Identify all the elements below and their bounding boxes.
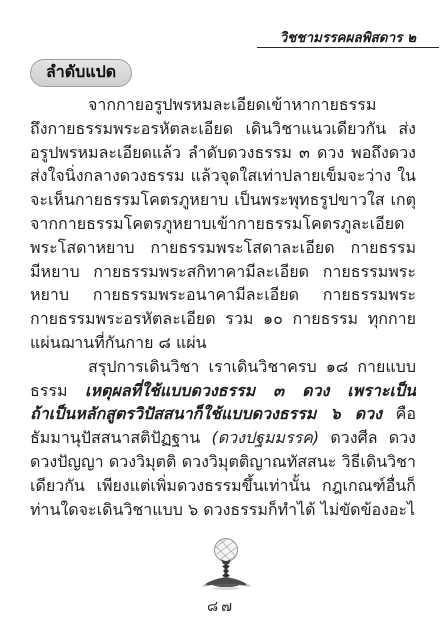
- text-line: เดียวกัน เพียงแต่เพิ่มดวงธรรมขึ้นเท่านั้…: [30, 474, 416, 498]
- book-page: วิชชามรรคผลพิสดาร ๒ ลำดับแปด จากกายอรูปพ…: [0, 0, 442, 640]
- text-segment: มีหยาบ กายธรรมพระสกิทาคามีละเอียด กายธรร…: [30, 262, 416, 284]
- text-segment: จากกายธรรมโคตรภูหยาบเข้ากายธรรมโคตรภูละเ…: [30, 214, 405, 236]
- body-text: จากกายอรูปพรหมละเอียดเข้าหากายธรรมโคตรภู…: [30, 93, 416, 521]
- paragraph: จากกายอรูปพรหมละเอียดเข้าหากายธรรมโคตรภู…: [30, 93, 416, 355]
- text-line: ท่านใดจะเดินวิชาแบบ ๖ ดวงธรรมก็ทำได้ ไม่…: [30, 498, 416, 522]
- text-segment: (ดวงปฐมมรรค): [211, 428, 319, 447]
- text-segment: ส่งใจนิ่งกลางดวงธรรม แล้วจุดใสเท่าปลายเข…: [30, 166, 416, 188]
- text-line: จะเห็นกายธรรมโคตรภูหยาบ เป็นพระพุทธรูปขา…: [30, 188, 416, 212]
- text-segment: เหตุผลที่ใช้แบบดวงธรรม ๓ ดวง เพราะเป็นหล…: [30, 381, 416, 403]
- text-segment: แผ่นฌานที่กันกาย ๘ แผ่น: [30, 333, 207, 352]
- text-segment: ธัมมานุปัสสนาสติปัฏฐาน: [30, 428, 211, 447]
- page-header-title: วิชชามรรคผลพิสดาร ๒: [280, 26, 416, 48]
- paragraph: สรุปการเดินวิชา เราเดินวิชาครบ ๑๘ กายแบบ…: [30, 355, 416, 522]
- text-segment: หยาบ กายธรรมพระอนาคามีละเอียด กายธรรมพระ…: [30, 285, 416, 307]
- text-segment: สรุปการเดินวิชา เราเดินวิชาครบ ๑๘ กายแบบ…: [88, 357, 416, 379]
- text-line: แผ่นฌานที่กันกาย ๘ แผ่น: [30, 331, 416, 355]
- text-segment: เดียวกัน เพียงแต่เพิ่มดวงธรรมขึ้นเท่านั้…: [30, 476, 416, 498]
- text-line: ดวงปัญญา ดวงวิมุตติ ดวงวิมุตติญาณทัสสนะ …: [30, 450, 416, 474]
- text-segment: จากกายอรูปพรหมละเอียดเข้าหากายธรรมโคตรภู…: [88, 95, 416, 117]
- text-segment: อรูปพรหมละเอียดแล้ว ลำดับดวงธรรม ๓ ดวง พ…: [30, 143, 416, 165]
- text-line: จากกายธรรมโคตรภูหยาบเข้ากายธรรมโคตรภูละเ…: [30, 212, 416, 236]
- text-line: กายธรรมพระอรหัตละเอียด รวม ๑๐ กายธรรม ทุ…: [30, 307, 416, 331]
- text-segment: ท่านใดจะเดินวิชาแบบ ๖ ดวงธรรมก็ทำได้ ไม่…: [30, 500, 416, 519]
- text-segment: ธรรม: [30, 381, 85, 400]
- text-line: สรุปการเดินวิชา เราเดินวิชาครบ ๑๘ กายแบบ…: [30, 355, 416, 379]
- text-line: ธรรม เหตุผลที่ใช้แบบดวงธรรม ๓ ดวง เพราะเ…: [30, 379, 416, 403]
- text-line: ถึงกายธรรมพระอรหัตละเอียด เดินวิชาแนวเดี…: [30, 117, 416, 141]
- text-segment: ถึงกายธรรมพระอรหัตละเอียด เดินวิชาแนวเดี…: [30, 119, 416, 141]
- text-segment: กายธรรมพระอรหัตละเอียด รวม ๑๐ กายธรรม ทุ…: [30, 309, 416, 331]
- text-segment: ดวงปัญญา ดวงวิมุตติ ดวงวิมุตติญาณทัสสนะ …: [30, 452, 416, 474]
- text-segment: ถ้าเป็นหลักสูตรวิปัสสนาก็ใช้แบบดวงธรรม ๖…: [30, 404, 382, 423]
- text-line: ธัมมานุปัสสนาสติปัฏฐาน (ดวงปฐมมรรค) ดวงศ…: [30, 426, 416, 450]
- text-line: จากกายอรูปพรหมละเอียดเข้าหากายธรรมโคตรภู…: [30, 93, 416, 117]
- text-line: มีหยาบ กายธรรมพระสกิทาคามีละเอียด กายธรร…: [30, 260, 416, 284]
- text-line: ถ้าเป็นหลักสูตรวิปัสสนาก็ใช้แบบดวงธรรม ๖…: [30, 402, 416, 426]
- page-number: ๘๗: [0, 595, 442, 618]
- text-line: ส่งใจนิ่งกลางดวงธรรม แล้วจุดใสเท่าปลายเข…: [30, 164, 416, 188]
- text-line: อรูปพรหมละเอียดแล้ว ลำดับดวงธรรม ๓ ดวง พ…: [30, 141, 416, 165]
- header-rule: [257, 47, 439, 48]
- text-segment: พระโสดาหยาบ กายธรรมพระโสดาละเอียด กายธรร…: [30, 238, 416, 260]
- crystal-ball-icon: [0, 537, 442, 593]
- text-segment: จะเห็นกายธรรมโคตรภูหยาบ เป็นพระพุทธรูปขา…: [30, 190, 416, 212]
- text-line: หยาบ กายธรรมพระอนาคามีละเอียด กายธรรมพระ…: [30, 283, 416, 307]
- section-badge: ลำดับแปด: [30, 59, 132, 87]
- text-line: พระโสดาหยาบ กายธรรมพระโสดาละเอียด กายธรร…: [30, 236, 416, 260]
